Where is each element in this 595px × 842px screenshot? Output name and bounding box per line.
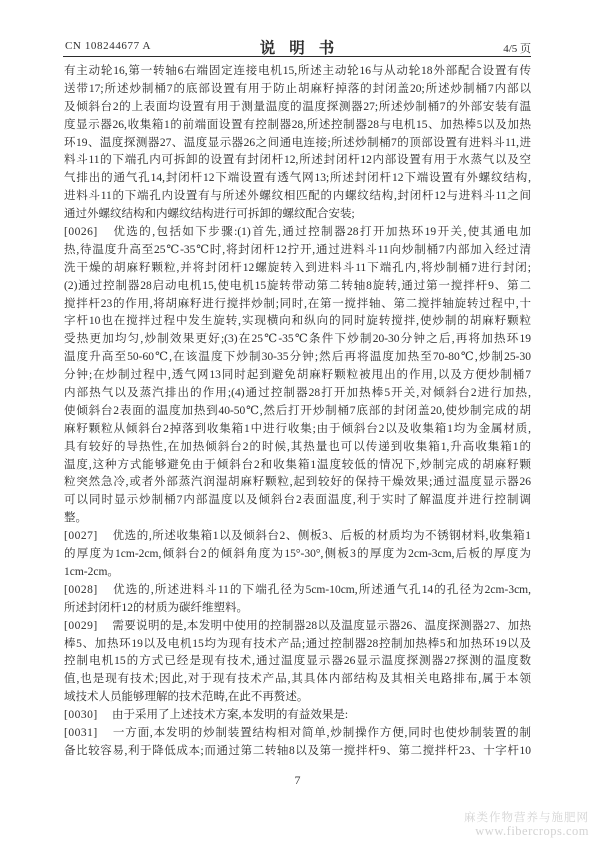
watermark-site-name: 麻类作物营养与施肥网 <box>464 812 589 825</box>
paragraph-number: [0026] <box>64 224 112 242</box>
line-text: 可以同时显示炒制桶7内部温度以及倾斜台2表面温度,利于实时了解温度并进行控制调 <box>64 494 531 506</box>
line-text: 值,也是现有技术;因此,对于现有技术产品,其具体内部结构及其相关电路排布,属于本… <box>64 673 531 685</box>
paragraph-line: 度显示器26,收集箱1的前端面设置有控制器28,所述控制器28与电机15、加热棒… <box>64 117 531 135</box>
paragraph-line: 气排出的通气孔14,封闭杆12下端设置有透气网13;所述封闭杆12下端设置有外螺… <box>64 170 531 188</box>
paragraph-number: [0027] <box>64 528 112 546</box>
paragraph-line: 热,待温度升高至25℃-35℃时,将封闭杆12拧开,通过进料斗11向炒制桶7内部… <box>64 242 531 260</box>
paragraph-line-tagged: [0027]优选的,所述收集箱1以及倾斜台2、侧板3、后板的材质均为不锈钢材料,… <box>64 528 531 546</box>
paragraph-line-tagged: [0031]一方面,本发明的炒制装置结构相对简单,炒制操作方便,同时也使炒制装置… <box>64 725 531 743</box>
line-text: 控制电机15的方式已经是现有技术,通过温度显示器26显示温度探测器27探测的温度… <box>64 655 531 667</box>
paragraph-line: 值,也是现有技术;因此,对于现有技术产品,其具体内部结构及其相关电路排布,属于本… <box>64 671 531 689</box>
paragraph-line: 可以同时显示炒制桶7内部温度以及倾斜台2表面温度,利于实时了解温度并进行控制调 <box>64 492 531 510</box>
paragraph-line-tagged: [0030]由于采用了上述技术方案,本发明的有益效果是: <box>64 707 531 725</box>
paragraph-line: 环19、温度探测器27、温度显示器26之间通电连接;所述炒制桶7的顶部设置有进料… <box>64 135 531 153</box>
paragraph-line: 具有较好的导热性,在加热倾斜台2的时候,其热量也可以传递到收集箱1,升高收集箱1… <box>64 439 531 457</box>
line-text: 1cm-2cm。 <box>64 566 119 578</box>
paragraph-line: 棒5、加热环19以及电机15均为现有技术产品;通过控制器28控制加热棒5和加热环… <box>64 636 531 654</box>
line-text: 受热更加均匀,炒制效果更好;(3)在25℃-35℃条件下炒制20-30分钟之后,… <box>64 333 531 345</box>
paragraph-line: 所述封闭杆12的材质为碳纤维塑料。 <box>64 600 531 618</box>
line-text: 备比较容易,利于降低成本;而通过第二转轴8以及第一搅拌杆9、第二搅拌杆23、十字… <box>64 745 531 757</box>
line-text: 搅拌杆23的作用,将胡麻籽进行搅拌炒制;同时,在第一搅拌轴、第二搅拌轴旋转过程中… <box>64 298 531 310</box>
line-text: 优选的,所述收集箱1以及倾斜台2、侧板3、后板的材质均为不锈钢材料,收集箱1 <box>112 530 531 542</box>
document-title: 说明书 <box>63 36 531 58</box>
paragraph-line: 1cm-2cm。 <box>64 564 531 582</box>
line-text: 料斗11的下端孔内可拆卸的设置有封闭杆12,所述封闭杆12内部设置有用于水蒸气以… <box>64 154 531 166</box>
line-text: 棒5、加热环19以及电机15均为现有技术产品;通过控制器28控制加热棒5和加热环… <box>64 638 531 650</box>
paragraph-line-tagged: [0029]需要说明的是,本发明中使用的控制器28以及温度显示器26、温度探测器… <box>64 618 531 636</box>
specification-body: 有主动轮16,第一转轴6右端固定连接电机15,所述主动轮16与从动轮18外部配合… <box>64 63 531 761</box>
line-text: 温度,这种方式能够避免由于倾斜台2和收集箱1温度较低的情况下,炒制完成的胡麻籽颗 <box>64 459 531 471</box>
line-text: 有主动轮16,第一转轴6右端固定连接电机15,所述主动轮16与从动轮18外部配合… <box>64 65 531 77</box>
line-text: 需要说明的是,本发明中使用的控制器28以及温度显示器26、温度探测器27、加热 <box>112 620 531 632</box>
paragraph-number: [0030] <box>64 707 112 725</box>
paragraph-line: 麻籽颗粒从倾斜台2掉落到收集箱1中进行收集;由于倾斜台2以及收集箱1均为金属材质… <box>64 421 531 439</box>
paragraph-line: 控制电机15的方式已经是现有技术,通过温度显示器26显示温度探测器27探测的温度… <box>64 653 531 671</box>
line-text: 通过外螺纹结构和内螺纹结构进行可拆卸的螺纹配合安装; <box>64 208 355 220</box>
paragraph-line: 洗干燥的胡麻籽颗粒,并将封闭杆12螺旋转入到进料斗11下端孔内,将炒制桶7进行封… <box>64 260 531 278</box>
paragraph-line: 有主动轮16,第一转轴6右端固定连接电机15,所述主动轮16与从动轮18外部配合… <box>64 63 531 81</box>
line-text: 字杆10也在搅拌过程中发生旋转,实现横向和纵向的同时旋转搅拌,使炒制的胡麻籽颗粒 <box>64 315 531 327</box>
paragraph-line-tagged: [0028]优选的,所述进料斗11的下端孔径为5cm-10cm,所述通气孔14的… <box>64 582 531 600</box>
paragraph-line: 整。 <box>64 510 531 528</box>
page-indicator: 4/5 页 <box>503 40 531 56</box>
line-text: 麻籽颗粒从倾斜台2掉落到收集箱1中进行收集;由于倾斜台2以及收集箱1均为金属材质… <box>64 423 531 435</box>
paragraph-line: 域技术人员能够理解的技术范畴,在此不再赘述。 <box>64 689 531 707</box>
line-text: 洗干燥的胡麻籽颗粒,并将封闭杆12螺旋转入到进料斗11下端孔内,将炒制桶7进行封… <box>64 262 531 274</box>
line-text: 分钟;在炒制过程中,透气网13同时起到避免胡麻籽颗粒被甩出的作用,以及方便炒制桶… <box>64 369 531 381</box>
paragraph-line: 分钟;在炒制过程中,透气网13同时起到避免胡麻籽颗粒被甩出的作用,以及方便炒制桶… <box>64 367 531 385</box>
line-text: 所述封闭杆12的材质为碳纤维塑料。 <box>64 602 248 614</box>
line-text: 气排出的通气孔14,封闭杆12下端设置有透气网13;所述封闭杆12下端设置有外螺… <box>64 172 531 184</box>
paragraph-line: 受热更加均匀,炒制效果更好;(3)在25℃-35℃条件下炒制20-30分钟之后,… <box>64 331 531 349</box>
line-text: 温度升高至50-60℃,在该温度下炒制30-35分钟;然后再将温度加热至70-8… <box>64 351 531 363</box>
line-text: (2)通过控制器28启动电机15,使电机15旋转带动第二转轴8旋转,通过第一搅拌… <box>64 280 531 292</box>
line-text: 优选的,所述进料斗11的下端孔径为5cm-10cm,所述通气孔14的孔径为2cm… <box>112 584 531 596</box>
line-text: 进料斗11的下端孔内设置有与所述外螺纹相匹配的内螺纹结构,封闭杆12与进料斗11… <box>64 190 531 202</box>
line-text: 整。 <box>64 512 87 524</box>
paragraph-number: [0028] <box>64 582 112 600</box>
line-text: 内部热气以及蒸汽排出的作用;(4)通过控制器28打开加热棒5开关,对倾斜台2进行… <box>64 387 531 399</box>
line-text: 优选的,包括如下步骤:(1)首先,通过控制器28打开加热环19开关,使其通电加 <box>112 226 531 238</box>
watermark-site-url: www.fibercrops.com <box>464 825 589 838</box>
line-text: 域技术人员能够理解的技术范畴,在此不再赘述。 <box>64 691 308 703</box>
paragraph-line: 粒突然急冷,或者外部蒸汽润湿胡麻籽颗粒,起到较好的保持干燥效果;通过温度显示器2… <box>64 474 531 492</box>
line-text: 由于采用了上述技术方案,本发明的有益效果是: <box>112 709 348 721</box>
line-text: 及倾斜台2的上表面均设置有用于测量温度的温度探测器27;所述炒制桶7的外部安装有… <box>64 101 531 113</box>
line-text: 送带17;所述炒制桶7的底部设置有用于防止胡麻籽掉落的封闭盖20;所述炒制桶7内… <box>64 83 531 95</box>
paragraph-line: 搅拌杆23的作用,将胡麻籽进行搅拌炒制;同时,在第一搅拌轴、第二搅拌轴旋转过程中… <box>64 296 531 314</box>
page-header: CN 108244677 A 说明书 4/5 页 <box>63 36 531 57</box>
paragraph-line: 通过外螺纹结构和内螺纹结构进行可拆卸的螺纹配合安装; <box>64 206 531 224</box>
paragraph-line: 内部热气以及蒸汽排出的作用;(4)通过控制器28打开加热棒5开关,对倾斜台2进行… <box>64 385 531 403</box>
line-text: 的厚度为1cm-2cm,倾斜台2的倾斜角度为15°-30°,侧板3的厚度为2cm… <box>64 548 531 560</box>
line-text: 热,待温度升高至25℃-35℃时,将封闭杆12拧开,通过进料斗11向炒制桶7内部… <box>64 244 531 256</box>
page-number: 7 <box>0 773 595 788</box>
watermark: 麻类作物营养与施肥网 www.fibercrops.com <box>464 812 589 837</box>
line-text: 粒突然急冷,或者外部蒸汽润湿胡麻籽颗粒,起到较好的保持干燥效果;通过温度显示器2… <box>64 476 531 488</box>
line-text: 环19、温度探测器27、温度显示器26之间通电连接;所述炒制桶7的顶部设置有进料… <box>64 137 531 149</box>
paragraph-line-tagged: [0026]优选的,包括如下步骤:(1)首先,通过控制器28打开加热环19开关,… <box>64 224 531 242</box>
paragraph-line: 送带17;所述炒制桶7的底部设置有用于防止胡麻籽掉落的封闭盖20;所述炒制桶7内… <box>64 81 531 99</box>
paragraph-line: 及倾斜台2的上表面均设置有用于测量温度的温度探测器27;所述炒制桶7的外部安装有… <box>64 99 531 117</box>
paragraph-line: 字杆10也在搅拌过程中发生旋转,实现横向和纵向的同时旋转搅拌,使炒制的胡麻籽颗粒 <box>64 313 531 331</box>
line-text: 使倾斜台2表面的温度加热到40-50℃,然后打开炒制桶7底部的封闭盖20,使炒制… <box>64 405 531 417</box>
paragraph-line: 使倾斜台2表面的温度加热到40-50℃,然后打开炒制桶7底部的封闭盖20,使炒制… <box>64 403 531 421</box>
paragraph-line: 的厚度为1cm-2cm,倾斜台2的倾斜角度为15°-30°,侧板3的厚度为2cm… <box>64 546 531 564</box>
paragraph-line: 温度,这种方式能够避免由于倾斜台2和收集箱1温度较低的情况下,炒制完成的胡麻籽颗 <box>64 457 531 475</box>
patent-specification-page: CN 108244677 A 说明书 4/5 页 有主动轮16,第一转轴6右端固… <box>0 0 595 842</box>
line-text: 一方面,本发明的炒制装置结构相对简单,炒制操作方便,同时也使炒制装置的制 <box>112 727 531 739</box>
paragraph-line: (2)通过控制器28启动电机15,使电机15旋转带动第二转轴8旋转,通过第一搅拌… <box>64 278 531 296</box>
paragraph-line: 备比较容易,利于降低成本;而通过第二转轴8以及第一搅拌杆9、第二搅拌杆23、十字… <box>64 743 531 761</box>
paragraph-number: [0029] <box>64 618 112 636</box>
paragraph-line: 进料斗11的下端孔内设置有与所述外螺纹相匹配的内螺纹结构,封闭杆12与进料斗11… <box>64 188 531 206</box>
paragraph-line: 温度升高至50-60℃,在该温度下炒制30-35分钟;然后再将温度加热至70-8… <box>64 349 531 367</box>
line-text: 具有较好的导热性,在加热倾斜台2的时候,其热量也可以传递到收集箱1,升高收集箱1… <box>64 441 531 453</box>
line-text: 度显示器26,收集箱1的前端面设置有控制器28,所述控制器28与电机15、加热棒… <box>64 119 531 131</box>
paragraph-line: 料斗11的下端孔内可拆卸的设置有封闭杆12,所述封闭杆12内部设置有用于水蒸气以… <box>64 152 531 170</box>
paragraph-number: [0031] <box>64 725 112 743</box>
